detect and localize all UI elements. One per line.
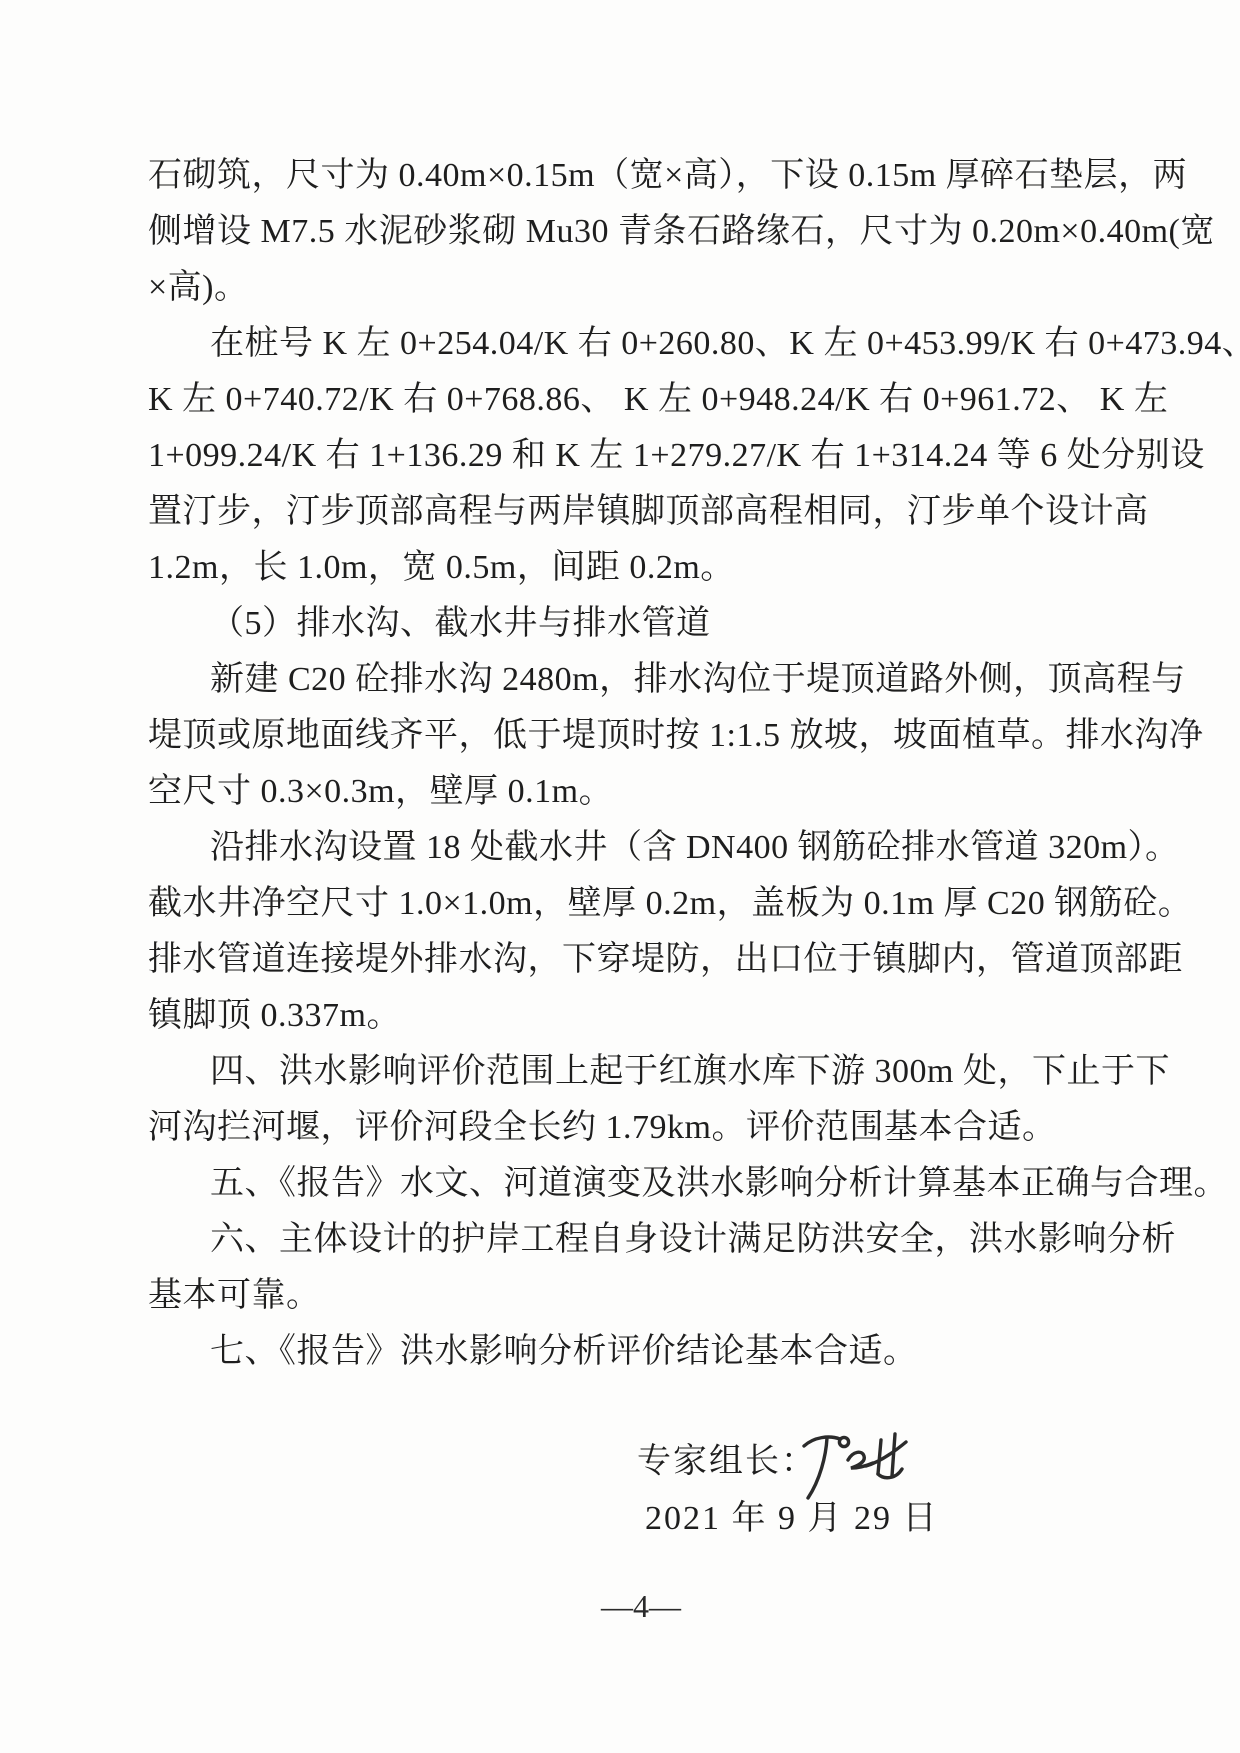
text-line: 空尺寸 0.3×0.3m，壁厚 0.1m。 xyxy=(148,764,1098,820)
text-line: 镇脚顶 0.337m。 xyxy=(148,988,1098,1044)
text-line: 五、《报告》水文、河道演变及洪水影响分析计算基本正确与合理。 xyxy=(148,1156,1098,1212)
signature-label: 专家组长： xyxy=(637,1444,817,1480)
text-line: 七、《报告》洪水影响分析评价结论基本合适。 xyxy=(148,1324,1098,1380)
document-page: 石砌筑，尺寸为 0.40m×0.15m（宽×高），下设 0.15m 厚碎石垫层，… xyxy=(0,0,1240,1753)
document-date: 2021 年 9 月 29 日 xyxy=(645,1500,939,1538)
text-line: K 左 0+740.72/K 右 0+768.86、 K 左 0+948.24/… xyxy=(148,372,1098,428)
text-line: 新建 C20 砼排水沟 2480m，排水沟位于堤顶道路外侧，顶高程与 xyxy=(148,652,1098,708)
text-line: 排水管道连接堤外排水沟，下穿堤防，出口位于镇脚内，管道顶部距 xyxy=(148,932,1098,988)
text-line: 1.2m，长 1.0m，宽 0.5m，间距 0.2m。 xyxy=(148,540,1098,596)
text-line: 侧增设 M7.5 水泥砂浆砌 Mu30 青条石路缘石，尺寸为 0.20m×0.4… xyxy=(148,204,1098,260)
text-line: 石砌筑，尺寸为 0.40m×0.15m（宽×高），下设 0.15m 厚碎石垫层，… xyxy=(148,148,1098,204)
text-line: ×高)。 xyxy=(148,260,1098,316)
document-body: 石砌筑，尺寸为 0.40m×0.15m（宽×高），下设 0.15m 厚碎石垫层，… xyxy=(148,148,1098,1380)
text-line: 沿排水沟设置 18 处截水井（含 DN400 钢筋砼排水管道 320m）。 xyxy=(148,820,1098,876)
text-line: 1+099.24/K 右 1+136.29 和 K 左 1+279.27/K 右… xyxy=(148,428,1098,484)
text-line: 截水井净空尺寸 1.0×1.0m，壁厚 0.2m，盖板为 0.1m 厚 C20 … xyxy=(148,876,1098,932)
text-line: 堤顶或原地面线齐平，低于堤顶时按 1:1.5 放坡，坡面植草。排水沟净 xyxy=(148,708,1098,764)
text-line: 四、洪水影响评价范围上起于红旗水库下游 300m 处，下止于下 xyxy=(148,1044,1098,1100)
text-line: 置汀步，汀步顶部高程与两岸镇脚顶部高程相同，汀步单个设计高 xyxy=(148,484,1098,540)
text-line: 六、主体设计的护岸工程自身设计满足防洪安全，洪水影响分析 xyxy=(148,1212,1098,1268)
handwritten-signature-icon xyxy=(796,1422,914,1506)
text-line: 在桩号 K 左 0+254.04/K 右 0+260.80、K 左 0+453.… xyxy=(148,316,1098,372)
page-number: —4— xyxy=(541,1588,741,1624)
text-line: 基本可靠。 xyxy=(148,1268,1098,1324)
text-line: （5）排水沟、截水井与排水管道 xyxy=(148,596,1098,652)
text-line: 河沟拦河堰，评价河段全长约 1.79km。评价范围基本合适。 xyxy=(148,1100,1098,1156)
